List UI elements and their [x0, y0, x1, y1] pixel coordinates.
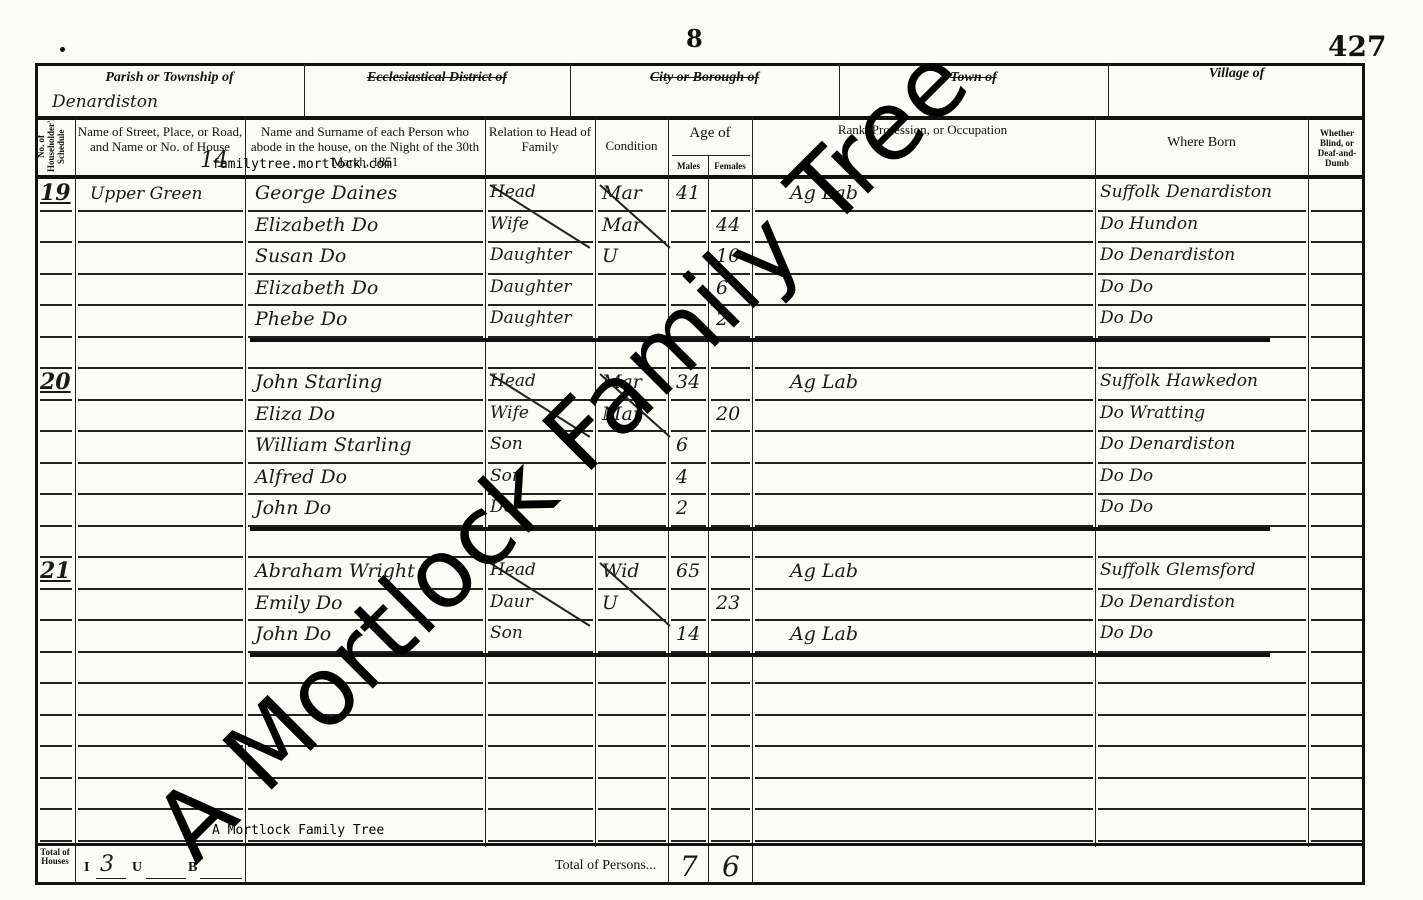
person-name: Elizabeth Do: [255, 277, 378, 299]
ecclesiastical-label: Ecclesiastical District of: [304, 70, 570, 86]
street-name: Upper Green: [90, 184, 202, 204]
parish-value: Denardiston: [52, 92, 158, 112]
occupation: Ag Lab: [790, 371, 858, 393]
females-total: 6: [722, 850, 740, 883]
ink-dot: [60, 47, 65, 52]
person-name: William Starling: [255, 434, 412, 456]
condition: U: [602, 245, 618, 267]
total-houses-label: Total of Houses: [37, 848, 73, 866]
male-age: 65: [676, 560, 700, 582]
relation: Daughter: [490, 245, 572, 265]
col-condition: Condition: [596, 138, 667, 153]
inhabited-value: 3: [100, 852, 114, 877]
where-born: Do Wratting: [1100, 403, 1205, 423]
person-name: Elizabeth Do: [255, 214, 378, 236]
person-name: Alfred Do: [255, 466, 347, 488]
where-born: Do Denardiston: [1100, 592, 1235, 612]
where-born: Do Do: [1100, 466, 1153, 486]
where-born: Do Do: [1100, 497, 1153, 517]
col-age: Age of: [669, 126, 751, 141]
males-total: 7: [680, 850, 698, 883]
male-age: 4: [676, 466, 688, 488]
household-separator: [250, 527, 1270, 531]
where-born: Suffolk Hawkedon: [1100, 371, 1258, 391]
uninhabited-label: U: [132, 860, 142, 876]
page-number: 427: [1328, 30, 1386, 63]
where-born: Do Denardiston: [1100, 245, 1235, 265]
male-age: 2: [676, 497, 688, 519]
person-name: Phebe Do: [255, 308, 347, 330]
schedule-number: 20: [40, 369, 71, 395]
village-label: Village of: [1108, 66, 1365, 82]
condition: U: [602, 592, 618, 614]
folio-number: 8: [686, 24, 703, 53]
city-borough-label: City or Borough of: [570, 70, 839, 86]
person-name: John Do: [255, 497, 331, 519]
col-females: Females: [709, 161, 751, 171]
url-watermark: familytree.mortlock.com: [212, 157, 392, 172]
schedule-number: 21: [40, 558, 71, 584]
male-age: 14: [676, 623, 700, 645]
relation: Wife: [490, 214, 529, 234]
occupation: Ag Lab: [790, 560, 858, 582]
household-separator: [250, 338, 1270, 342]
person-name: John Starling: [255, 371, 382, 393]
where-born: Suffolk Denardiston: [1100, 182, 1272, 202]
female-age: 20: [716, 403, 740, 425]
relation: Daughter: [490, 277, 572, 297]
where-born: Do Do: [1100, 623, 1153, 643]
col-schedule: No. of Householder's Schedule: [36, 122, 74, 172]
relation: Son: [490, 623, 523, 643]
schedule-number: 19: [40, 180, 71, 206]
where-born: Do Do: [1100, 277, 1153, 297]
col-blind: Whether Blind, or Deaf-and-Dumb: [1310, 128, 1364, 168]
col-males: Males: [669, 161, 708, 171]
female-age: 23: [716, 592, 740, 614]
male-age: 6: [676, 434, 688, 456]
occupation: Ag Lab: [790, 623, 858, 645]
relation: Daughter: [490, 308, 572, 328]
person-name: Eliza Do: [255, 403, 335, 425]
col-relation: Relation to Head of Family: [486, 124, 594, 154]
where-born: Do Do: [1100, 308, 1153, 328]
inhabited-label: I: [84, 860, 89, 876]
where-born: Suffolk Glemsford: [1100, 560, 1255, 580]
total-persons-label: Total of Persons...: [555, 858, 656, 874]
where-born: Do Denardiston: [1100, 434, 1235, 454]
male-age: 41: [676, 182, 700, 204]
where-born: Do Hundon: [1100, 214, 1198, 234]
parish-label: Parish or Township of: [35, 70, 304, 86]
person-name: George Daines: [255, 182, 397, 204]
col-where-born: Where Born: [1096, 135, 1307, 150]
person-name: Susan Do: [255, 245, 346, 267]
